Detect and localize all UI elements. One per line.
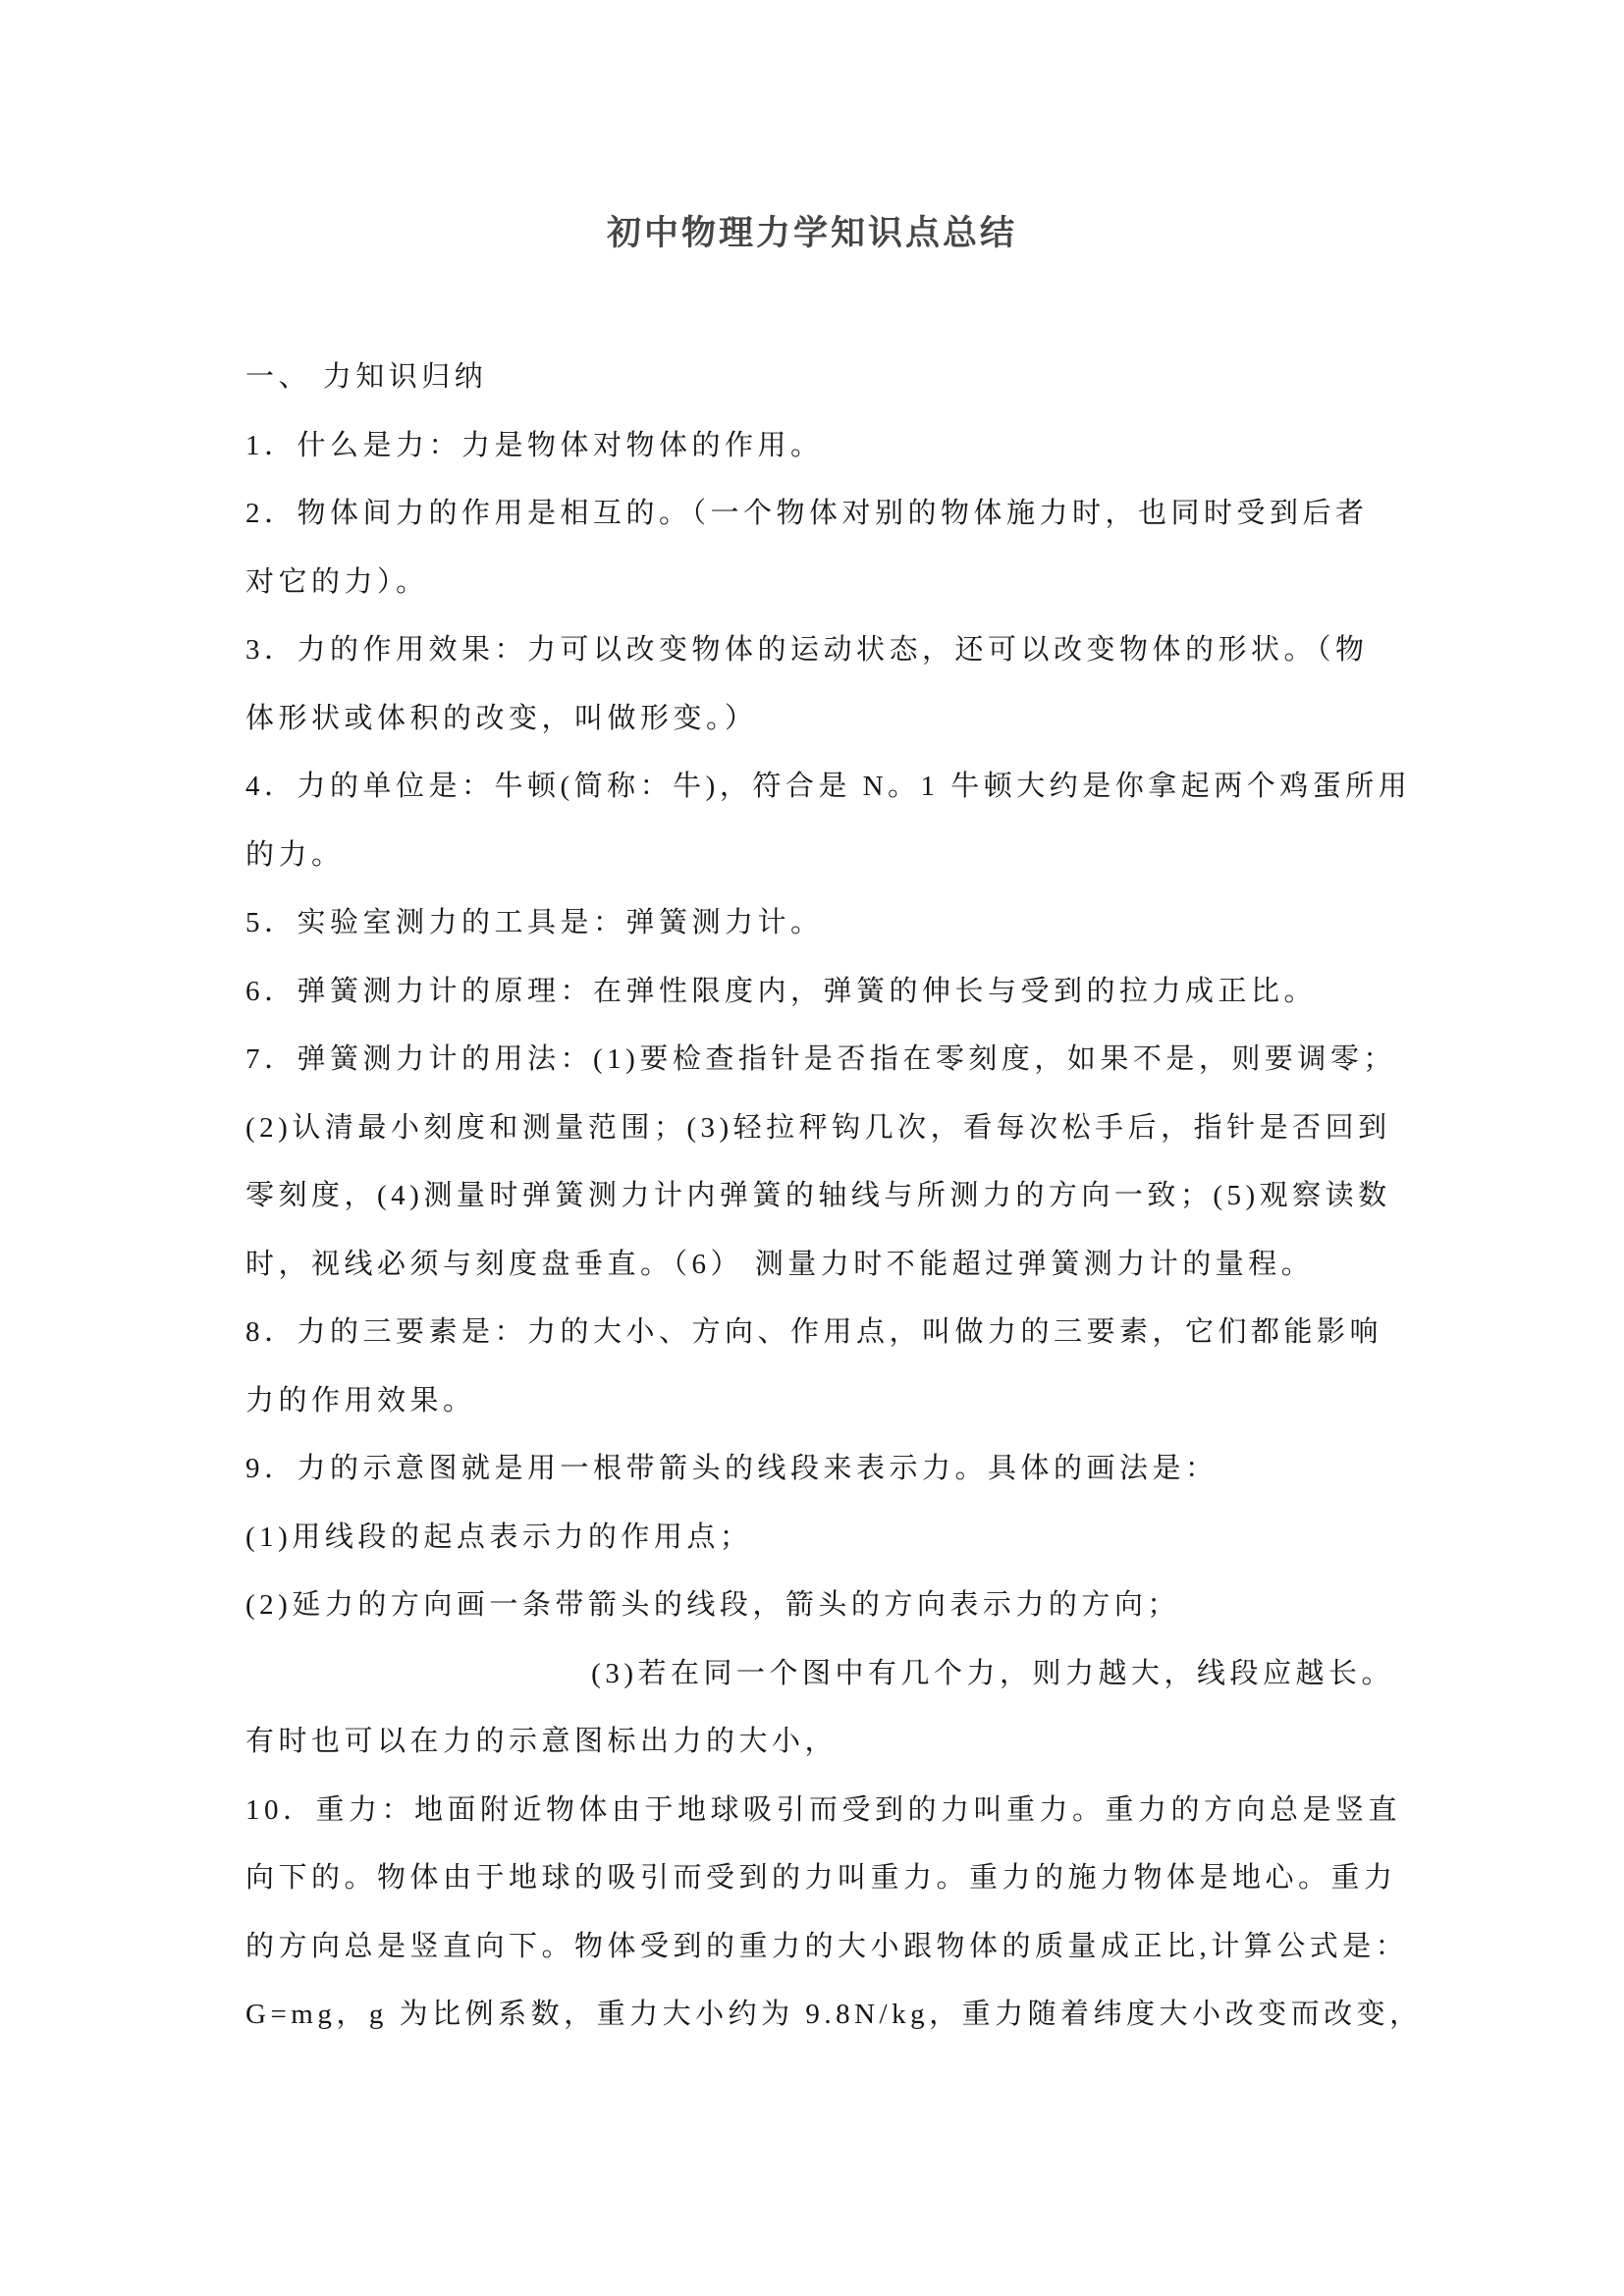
text-line: 4．力的单位是：牛顿(简称：牛)，符合是 N。1 牛顿大约是你拿起两个鸡蛋所用 xyxy=(245,753,1394,822)
text-line: 3．力的作用效果：力可以改变物体的运动状态，还可以改变物体的形状。（物 xyxy=(245,616,1394,685)
text-line: 1．什么是力：力是物体对物体的作用。 xyxy=(245,412,1394,481)
text-line: (3)若在同一个图中有几个力，则力越大，线段应越长。 xyxy=(245,1640,1394,1709)
text-line: 8．力的三要素是：力的大小、方向、作用点，叫做力的三要素，它们都能影响 xyxy=(245,1299,1394,1367)
text-line: 的方向总是竖直向下。物体受到的重力的大小跟物体的质量成正比,计算公式是： xyxy=(245,1913,1394,1982)
text-line: 时，视线必须与刻度盘垂直。（6） 测量力时不能超过弹簧测力计的量程。 xyxy=(245,1231,1394,1300)
text-line: (2)认清最小刻度和测量范围；(3)轻拉秤钩几次，看每次松手后，指针是否回到 xyxy=(245,1095,1394,1163)
document-title: 初中物理力学知识点总结 xyxy=(0,213,1624,254)
text-line: 6．弹簧测力计的原理：在弹性限度内，弹簧的伸长与受到的拉力成正比。 xyxy=(245,958,1394,1027)
text-line: 10．重力：地面附近物体由于地球吸引而受到的力叫重力。重力的方向总是竖直 xyxy=(245,1777,1394,1845)
text-line: 对它的力）。 xyxy=(245,549,1394,617)
text-line: (1)用线段的起点表示力的作用点； xyxy=(245,1504,1394,1573)
text-line: 的力。 xyxy=(245,822,1394,890)
text-line: 力的作用效果。 xyxy=(245,1367,1394,1436)
text-line: G=mg，g 为比例系数，重力大小约为 9.8N/kg，重力随着纬度大小改变而改… xyxy=(245,1981,1394,2050)
text-line: 有时也可以在力的示意图标出力的大小， xyxy=(245,1708,1394,1777)
text-line: 一、 力知识归纳 xyxy=(245,344,1394,412)
text-line: 零刻度，(4)测量时弹簧测力计内弹簧的轴线与所测力的方向一致；(5)观察读数 xyxy=(245,1162,1394,1231)
document-page: 初中物理力学知识点总结 一、 力知识归纳1．什么是力：力是物体对物体的作用。2．… xyxy=(0,0,1624,2296)
text-line: (2)延力的方向画一条带箭头的线段，箭头的方向表示力的方向； xyxy=(245,1572,1394,1640)
text-line: 7．弹簧测力计的用法：(1)要检查指针是否指在零刻度，如果不是，则要调零； xyxy=(245,1026,1394,1095)
text-line: 体形状或体积的改变，叫做形变。） xyxy=(245,685,1394,754)
document-body: 一、 力知识归纳1．什么是力：力是物体对物体的作用。2．物体间力的作用是相互的。… xyxy=(245,344,1394,2050)
text-line: 向下的。物体由于地球的吸引而受到的力叫重力。重力的施力物体是地心。重力 xyxy=(245,1844,1394,1913)
text-line: 5．实验室测力的工具是：弹簧测力计。 xyxy=(245,889,1394,958)
text-line: 2．物体间力的作用是相互的。（一个物体对别的物体施力时，也同时受到后者 xyxy=(245,480,1394,549)
text-line: 9．力的示意图就是用一根带箭头的线段来表示力。具体的画法是： xyxy=(245,1435,1394,1504)
